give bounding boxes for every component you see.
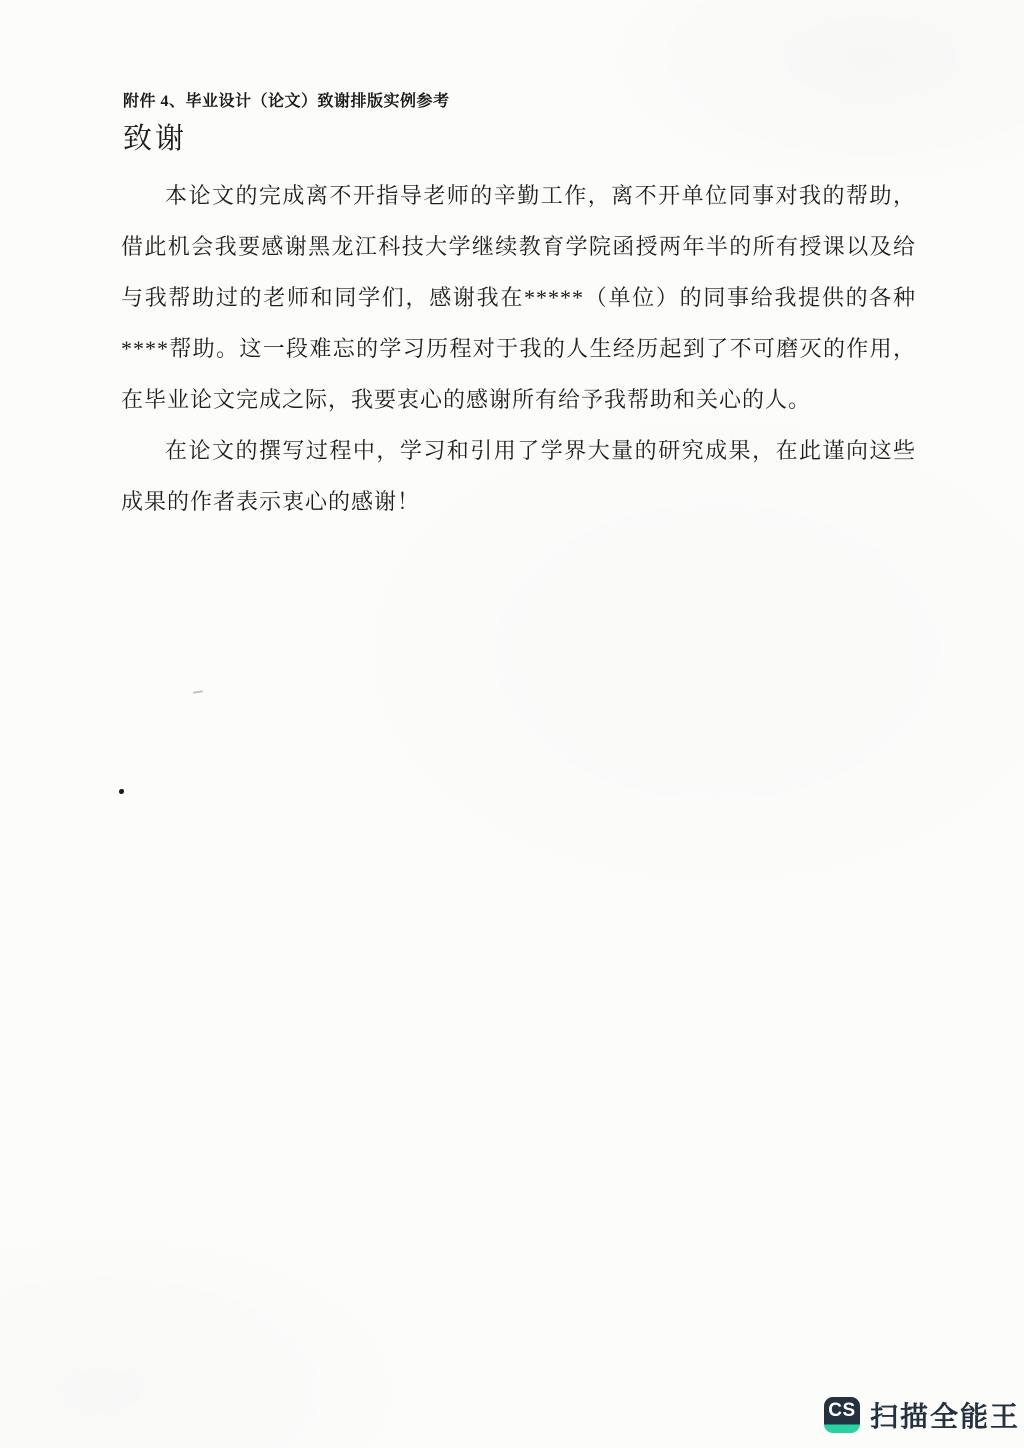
acknowledgment-paragraph-1: 本论文的完成离不开指导老师的辛勤工作，离不开单位同事对我的帮助，借此机会我要感谢… <box>121 170 916 425</box>
camscanner-logo-icon: CS <box>824 1397 860 1433</box>
acknowledgment-paragraph-2: 在论文的撰写过程中，学习和引用了学界大量的研究成果，在此谨向这些成果的作者表示衷… <box>121 425 916 527</box>
scan-faint-mark-artifact <box>193 690 203 693</box>
camscanner-watermark: CS 扫描全能王 <box>824 1395 1020 1435</box>
camscanner-brand-name: 扫描全能王 <box>870 1395 1020 1435</box>
scan-speck-artifact <box>119 789 124 794</box>
attachment-header: 附件 4、毕业设计（论文）致谢排版实例参考 <box>123 88 450 111</box>
page-title: 致谢 <box>123 116 187 157</box>
document-body: 本论文的完成离不开指导老师的辛勤工作，离不开单位同事对我的帮助，借此机会我要感谢… <box>121 170 916 527</box>
camscanner-logo-letters: CS <box>828 1397 855 1424</box>
